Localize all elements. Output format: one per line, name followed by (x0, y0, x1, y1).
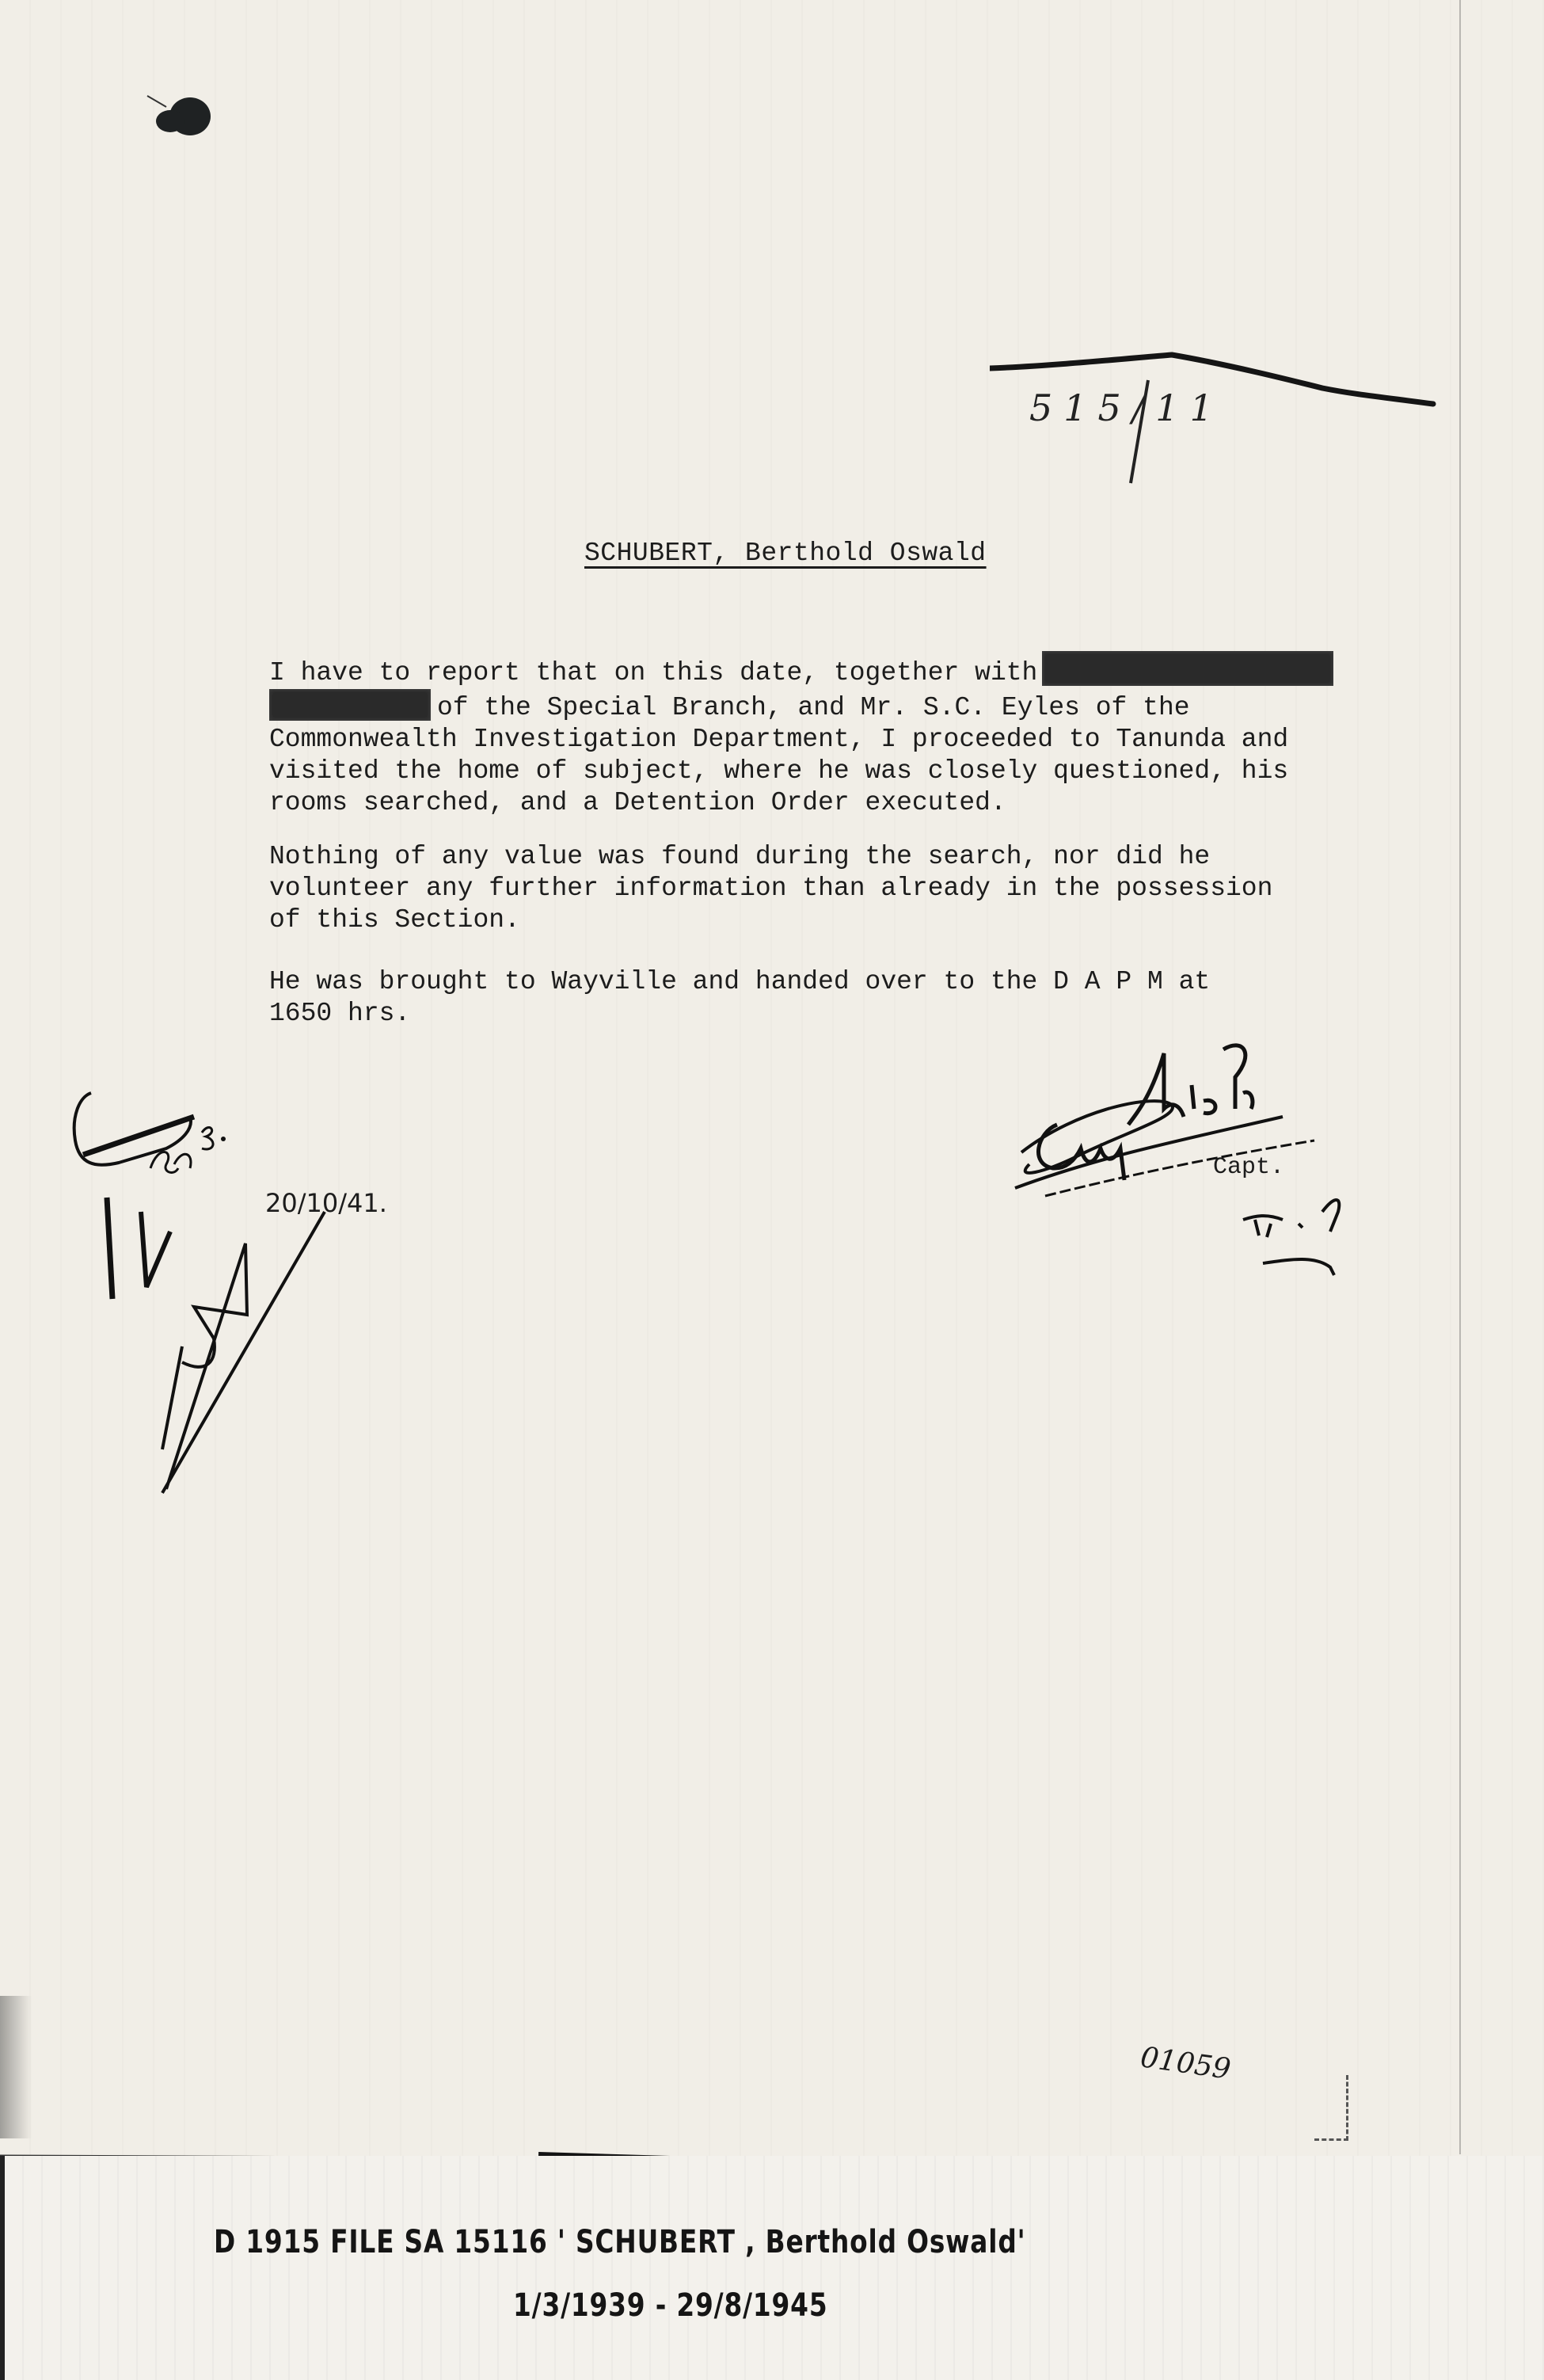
p2-line3: of this Section. (269, 905, 520, 935)
paragraph-1: I have to report that on this date, toge… (269, 651, 1489, 819)
file-label-line-2: 1/3/1939 - 29/8/1945 (513, 2287, 827, 2324)
redaction-bar (1042, 651, 1333, 686)
paragraph-2: Nothing of any value was found during th… (269, 841, 1489, 936)
p1-line1: I have to report that on this date, toge… (269, 658, 1037, 687)
p2-line1: Nothing of any value was found during th… (269, 842, 1210, 871)
document-page: 515/11 SCHUBERT, Berthold Oswald I have … (0, 0, 1544, 2380)
paragraph-3: He was brought to Wayville and handed ov… (269, 966, 1489, 1030)
p3-line1: He was brought to Wayville and handed ov… (269, 967, 1210, 996)
redaction-bar (269, 689, 431, 721)
signatory-rank: Capt. (1213, 1154, 1284, 1181)
p2-line2: volunteer any further information than a… (269, 874, 1272, 903)
reference-number: 01059 (1139, 2041, 1233, 2086)
corner-mark (1314, 2075, 1348, 2141)
p1-line5: rooms searched, and a Detention Order ex… (269, 788, 1006, 817)
scan-shadow (0, 1996, 32, 2138)
document-date: 20/10/41. (265, 1188, 387, 1218)
p1-line2: of the Special Branch, and Mr. S.C. Eyle… (437, 693, 1190, 722)
margin-annotation-icon (48, 1061, 459, 1505)
p1-line3: Commonwealth Investigation Department, I… (269, 725, 1288, 754)
folio-annotation: 515/11 (990, 348, 1481, 491)
ink-blot-icon (143, 91, 214, 139)
file-label-line-1: D 1915 FILE SA 15116 ' SCHUBERT , Bertho… (214, 2224, 1025, 2260)
file-label-strip (0, 2156, 1544, 2380)
folio-number: 515/11 (1029, 387, 1224, 429)
p1-line4: visited the home of subject, where he wa… (269, 756, 1288, 786)
p3-line2: 1650 hrs. (269, 999, 410, 1028)
document-title: SCHUBERT, Berthold Oswald (584, 539, 987, 568)
